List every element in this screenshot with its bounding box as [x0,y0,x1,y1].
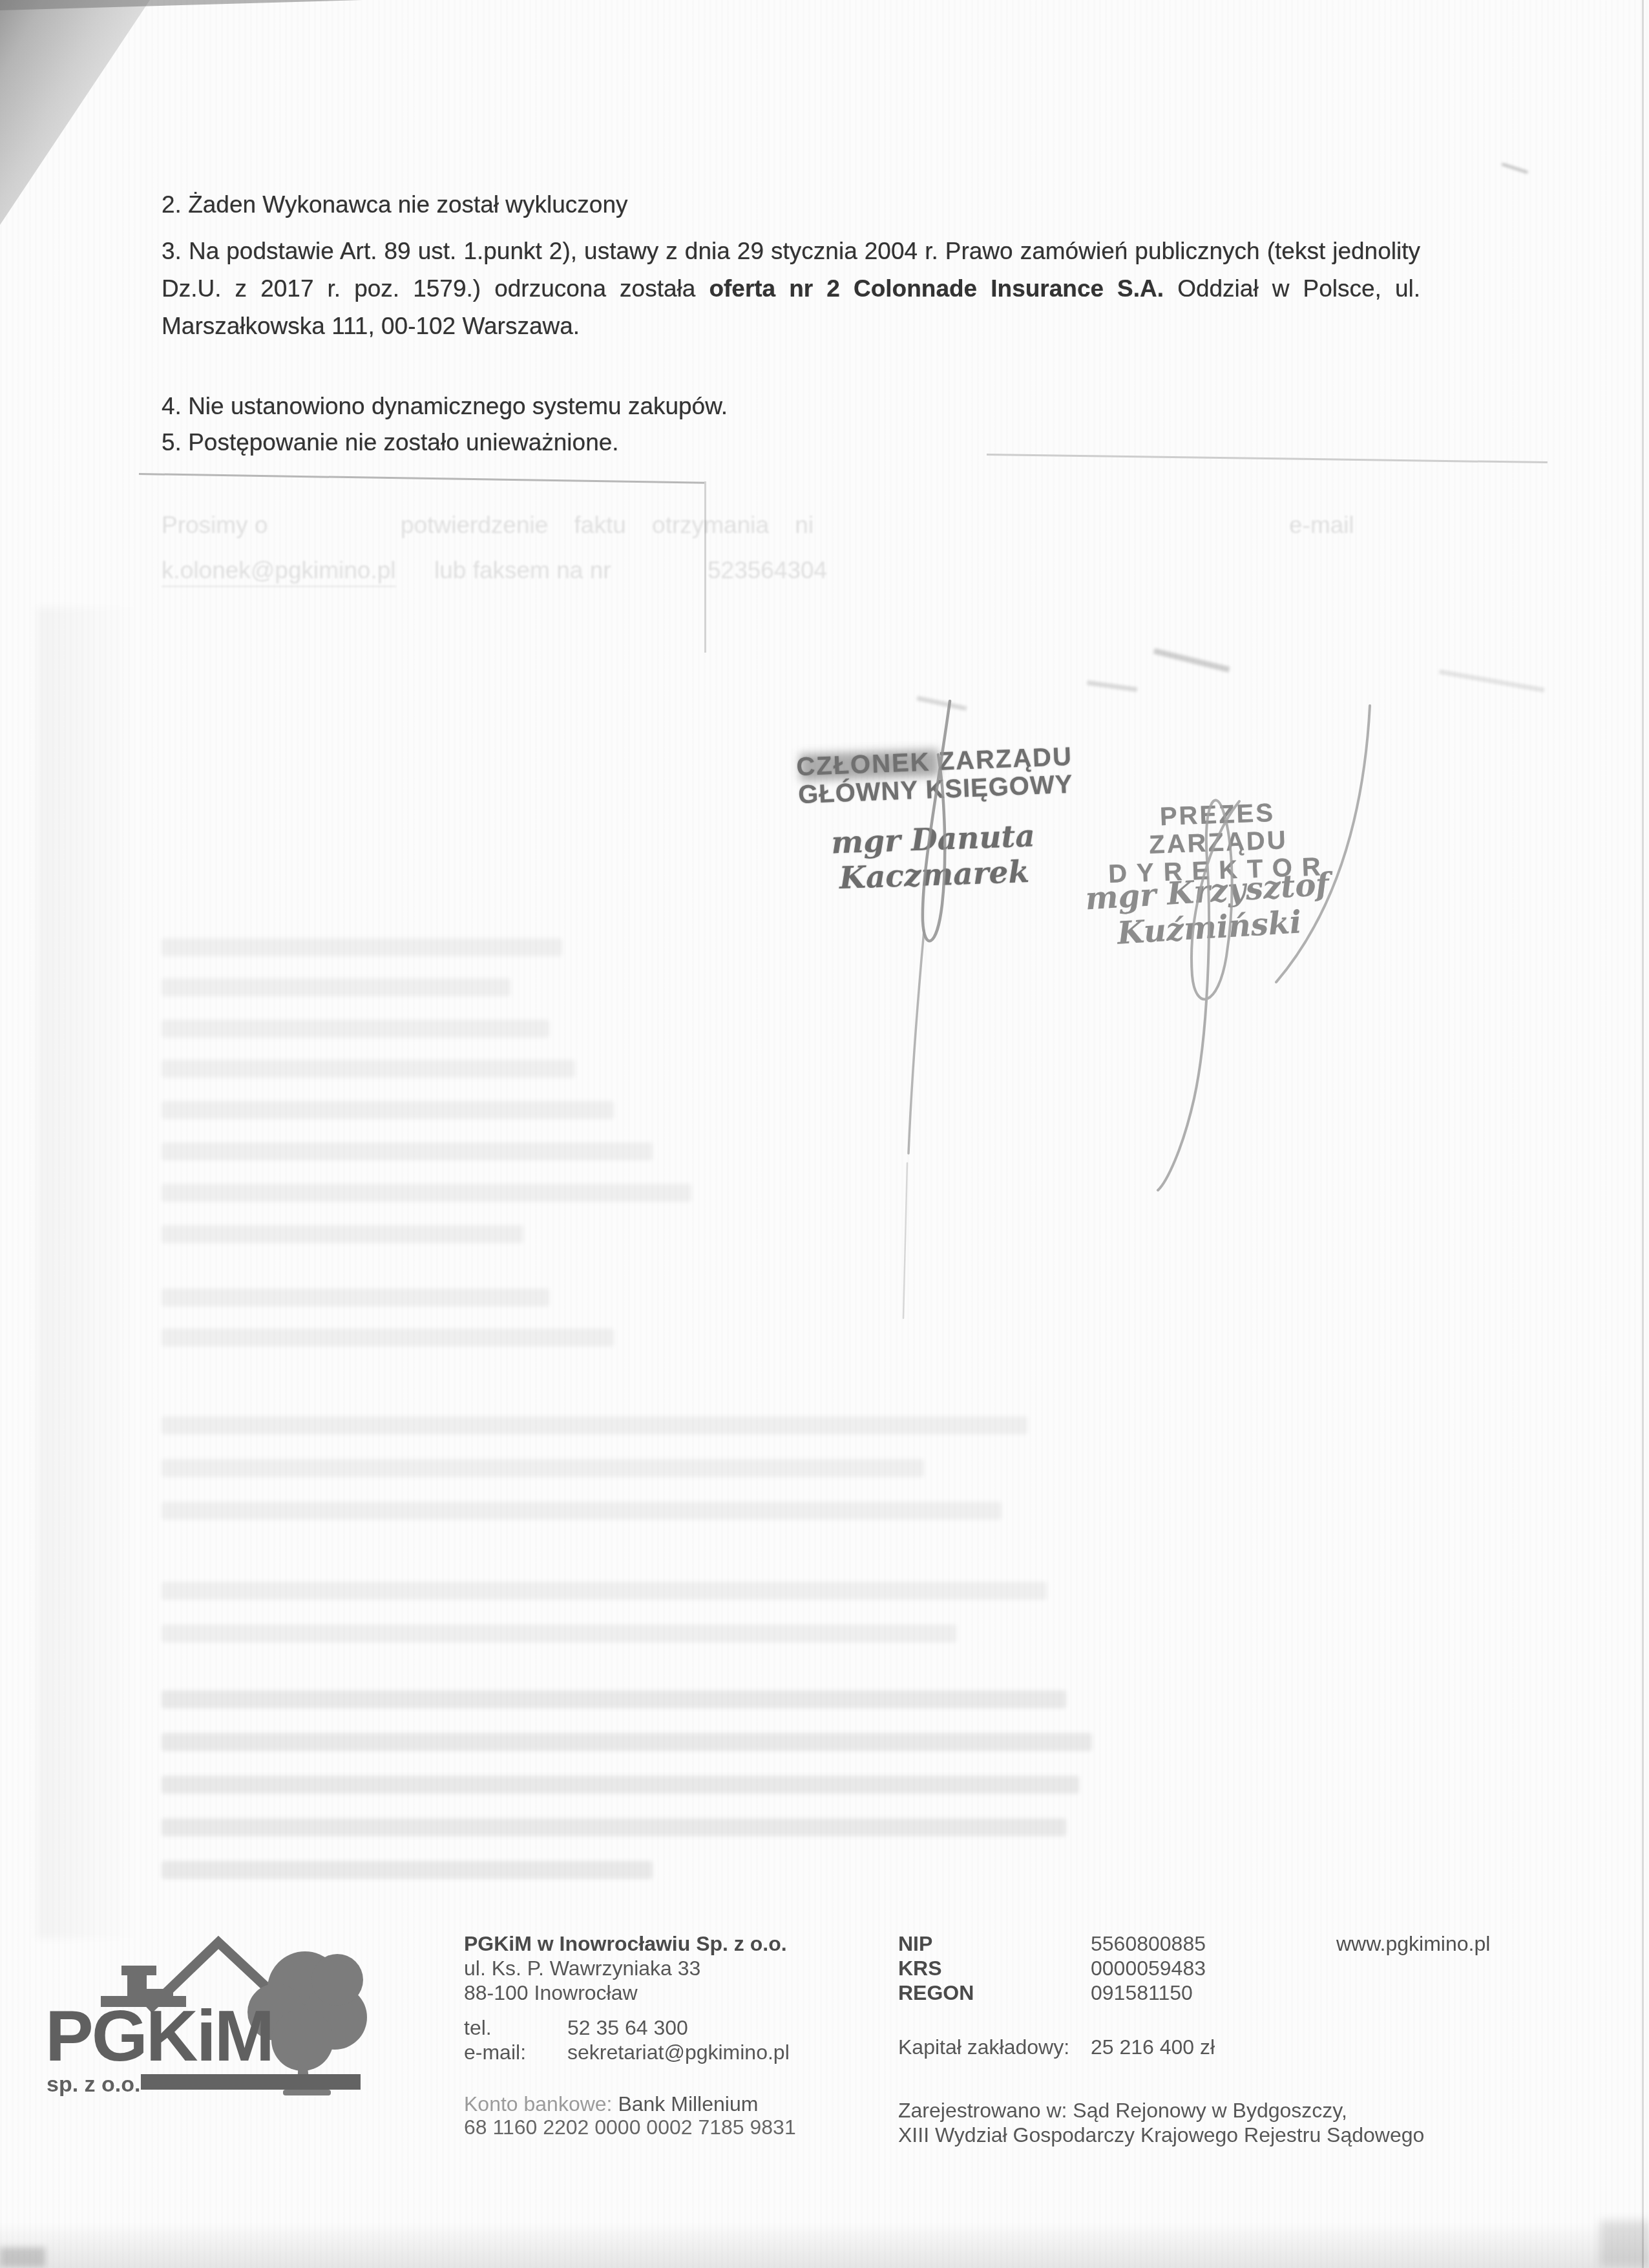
ghost-text-bar [162,1020,549,1038]
footer-email-value: sekretariat@pgkimino.pl [567,2041,790,2064]
ghost-text-bar [162,1225,523,1243]
footer-nip-value: 5560800885 [1091,1932,1206,1956]
sheet-corner-mark-3 [1153,648,1230,673]
footer-email-label: e-mail: [464,2041,526,2064]
signature-left-loop [923,701,950,941]
ghost-text-bar [162,1184,691,1202]
pgkim-logo-bar [141,2074,361,2090]
ghost-text-bar [162,1776,1079,1794]
footer-bank-account: 68 1160 2202 0000 0002 7185 9831 [464,2116,796,2139]
ghost-text-bar [162,1624,956,1643]
footer-phone-label: tel. [464,2016,492,2040]
ghost-line1-start: Prosimy o [162,512,268,539]
ghost-text-bar [162,1328,614,1347]
document-paragraph-item3: 3. Na podstawie Art. 89 ust. 1.punkt 2),… [162,233,1420,345]
ghost-text-bar [162,1142,653,1160]
footer-bank-name: Bank Millenium [618,2092,758,2116]
ghost-text-bar [162,1582,1047,1600]
ghost-line2-email: k.olonek@pgkimino.pl [162,557,396,587]
ghost-text-bar [162,1502,1002,1520]
left-margin-smudge [37,607,141,1938]
ghost-line1-middle: potwierdzenie faktu otrzymania ni [401,512,814,539]
footer-capital-label: Kapitał zakładowy: [898,2035,1069,2059]
ghost-text-bar [162,938,562,956]
ghost-line2-fax-label: lub faksem na nr [434,557,611,584]
ghost-line2-fax-number: 523564304 [708,557,827,584]
page-corner-fold [0,0,150,225]
signature-right-arc [1276,706,1370,982]
overlay-sheet-edge-left [139,473,706,484]
ghost-text-bar [162,1101,614,1119]
footer-krs-value: 0000059483 [1091,1957,1206,1980]
footer-regon-value: 091581150 [1091,1981,1193,2005]
ghost-text-bar [162,1459,924,1477]
footer-krs-label: KRS [898,1957,942,1980]
pgkim-logo-suffix-text: sp. z o.o. [47,2072,140,2097]
ghost-text-bar [162,1416,1027,1434]
ghost-text-bar [162,1690,1066,1708]
scan-right-edge [1642,0,1644,2268]
scanned-document-page: 2. Żaden Wykonawca nie został wykluczony… [0,0,1649,2268]
footer-registered-line2: XIII Wydział Gospodarczy Krajowego Rejes… [898,2123,1424,2147]
item3-bold-offer: oferta nr 2 Colonnade Insurance S.A. [709,275,1164,302]
ghost-text-bar [162,1288,549,1307]
footer-capital-value: 25 216 400 zł [1091,2035,1215,2059]
sheet-corner-mark-4 [1439,669,1545,693]
footer-registered-line1: Zarejestrowano w: Sąd Rejonowy w Bydgosz… [898,2099,1347,2123]
footer-regon-label: REGON [898,1981,974,2005]
overlay-sheet-edge-vertical [704,481,706,653]
handwritten-signatures [859,672,1441,1331]
pgkim-logo-brand-text: PGKiM [45,1995,273,2076]
ghost-text-bar [162,1861,653,1879]
page-corner-fold-shadow [0,0,362,10]
signature-right-flourish [1158,800,1239,1190]
footer-company-city: 88-100 Inowrocław [464,1981,638,2005]
scan-bottom-left-smudge [0,2247,45,2267]
top-right-tick-mark [1502,163,1528,174]
ghost-text-bar [162,978,510,996]
pgkim-logo: PGKiM sp. z o.o. [45,1933,372,2127]
document-line-item4: 4. Nie ustanowiono dynamicznego systemu … [162,393,728,420]
document-line-item5: 5. Postępowanie nie zostało unieważnione… [162,429,619,456]
signature-left-tail-faint [903,1163,907,1318]
footer-company-street: ul. Ks. P. Wawrzyniaka 33 [464,1957,700,1980]
footer-phone-value: 52 35 64 300 [567,2016,688,2040]
ghost-text-bar [162,1733,1092,1751]
ghost-text-bar [162,1818,1066,1836]
footer-website-url: www.pgkimino.pl [1336,1932,1490,1956]
ghost-line1-email-word: e-mail [1289,512,1354,539]
scan-bottom-right-smudge [1600,2220,1649,2267]
overlay-sheet-edge-right [987,454,1548,463]
footer-company-name: PGKiM w Inowrocławiu Sp. z o.o. [464,1932,787,1956]
scan-bottom-shadow [0,2221,1649,2268]
footer-bank-label: Konto bankowe: [464,2092,613,2116]
footer-bank-line: Konto bankowe: Bank Millenium [464,2092,758,2116]
document-line-item2: 2. Żaden Wykonawca nie został wykluczony [162,191,628,218]
footer-nip-label: NIP [898,1932,932,1956]
signature-left-tail [909,930,924,1153]
ghost-text-bar [162,1060,575,1078]
